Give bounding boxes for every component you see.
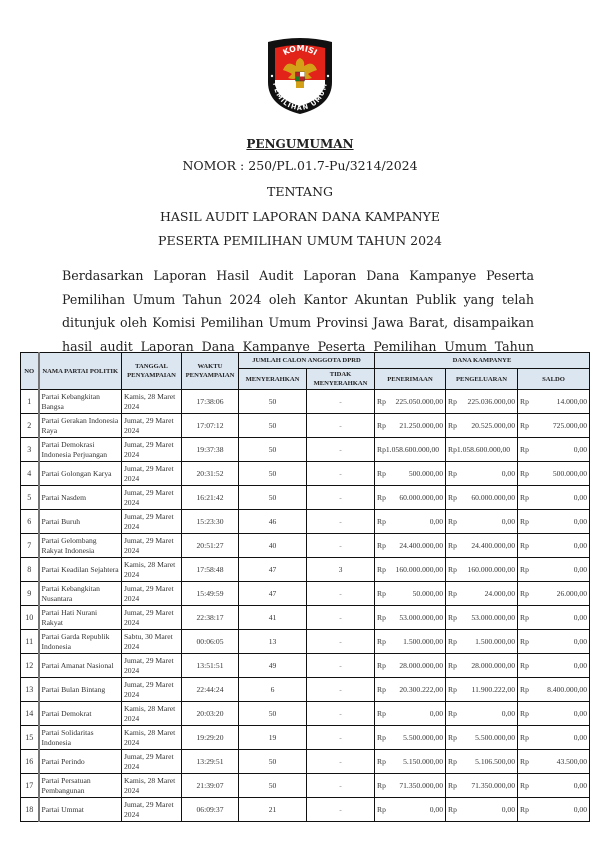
currency-label: Rp [377,517,386,527]
party-name: Partai Solidaritas Indonesia [39,726,122,750]
row-number: 14 [21,702,39,726]
amount-income: Rp21.250.000,00 [375,414,446,438]
header-balance: SALDO [518,369,590,390]
amount-balance: Rp0,00 [518,510,590,534]
amount-value: 0,00 [502,709,515,719]
amount-income: Rp20.300.222,00 [375,678,446,702]
candidates-not-submitted: - [307,486,375,510]
currency-label: Rp [520,493,529,503]
currency-label: Rp [448,589,457,599]
table-row: 9Partai Kebangkitan NusantaraJumat, 29 M… [21,582,590,606]
candidates-submitted: 50 [239,462,307,486]
currency-label: Rp [377,781,386,791]
currency-label: Rp [377,613,386,623]
header-expense: PENGELUARAN [446,369,518,390]
row-number: 18 [21,798,39,822]
candidates-not-submitted: 3 [307,558,375,582]
amount-balance: Rp500.000,00 [518,462,590,486]
party-name: Partai Perindo [39,750,122,774]
candidates-not-submitted: - [307,726,375,750]
row-number: 8 [21,558,39,582]
candidates-submitted: 47 [239,558,307,582]
candidates-not-submitted: - [307,462,375,486]
currency-label: Rp [448,805,457,815]
submission-date: Jumat, 29 Maret 2024 [122,462,182,486]
amount-balance: Rp8.400.000,00 [518,678,590,702]
party-name: Partai Buruh [39,510,122,534]
amount-income: Rp225.050.000,00 [375,390,446,414]
currency-label: Rp [448,565,457,575]
header-funds-group: DANA KAMPANYE [375,353,590,369]
currency-label: Rp [377,757,386,767]
row-number: 5 [21,486,39,510]
candidates-submitted: 47 [239,582,307,606]
amount-value: 5.106.500,00 [475,757,515,767]
amount-income: Rp24.400.000,00 [375,534,446,558]
currency-label: Rp [377,445,386,455]
amount-value: 0,00 [430,709,443,719]
currency-label: Rp [448,517,457,527]
currency-label: Rp [520,805,529,815]
currency-label: Rp [448,493,457,503]
currency-label: Rp [377,421,386,431]
table-row: 3Partai Demokrasi Indonesia PerjuanganJu… [21,438,590,462]
table-row: 4Partai Golongan KaryaJumat, 29 Maret 20… [21,462,590,486]
candidates-submitted: 13 [239,630,307,654]
currency-label: Rp [448,541,457,551]
currency-label: Rp [377,493,386,503]
amount-expense: Rp0,00 [446,798,518,822]
submission-time: 13:51:51 [182,654,239,678]
party-name: Partai Persatuan Pembangunan [39,774,122,798]
amount-value: 14.000,00 [557,397,587,407]
table-row: 8Partai Keadilan SejahteraKamis, 28 Mare… [21,558,590,582]
header-candidates-group: JUMLAH CALON ANGGOTA DPRD [239,353,375,369]
submission-date: Jumat, 29 Maret 2024 [122,438,182,462]
currency-label: Rp [520,685,529,695]
currency-label: Rp [520,565,529,575]
amount-balance: Rp26.000,00 [518,582,590,606]
table-row: 10Partai Hati Nurani RakyatJumat, 29 Mar… [21,606,590,630]
submission-time: 22:38:17 [182,606,239,630]
amount-income: Rp5.500.000,00 [375,726,446,750]
currency-label: Rp [520,517,529,527]
submission-time: 16:21:42 [182,486,239,510]
announcement-title: PENGUMUMAN [0,137,600,151]
amount-income: Rp71.350.000,00 [375,774,446,798]
currency-label: Rp [448,709,457,719]
submission-date: Jumat, 29 Maret 2024 [122,582,182,606]
amount-value: 28.000.000,00 [399,661,443,671]
header-income: PENERIMAAN [375,369,446,390]
amount-value: 24.000,00 [485,589,515,599]
currency-label: Rp [520,661,529,671]
table-row: 6Partai BuruhJumat, 29 Maret 202415:23:3… [21,510,590,534]
submission-date: Kamis, 28 Maret 2024 [122,774,182,798]
amount-expense: Rp0,00 [446,702,518,726]
amount-value: 0,00 [574,445,587,455]
candidates-submitted: 50 [239,390,307,414]
currency-label: Rp [448,661,457,671]
amount-value: 0,00 [430,805,443,815]
table-row: 7Partai Gelombang Rakyat IndonesiaJumat,… [21,534,590,558]
amount-value: 0,00 [574,541,587,551]
party-name: Partai Nasdem [39,486,122,510]
currency-label: Rp [520,469,529,479]
candidates-submitted: 19 [239,726,307,750]
submission-time: 21:39:07 [182,774,239,798]
amount-value: 1.058.600.000,00 [386,445,439,455]
currency-label: Rp [377,469,386,479]
currency-label: Rp [377,541,386,551]
amount-balance: Rp0,00 [518,438,590,462]
amount-value: 71.350.000,00 [399,781,443,791]
amount-expense: Rp28.000.000,00 [446,654,518,678]
submission-time: 20:03:20 [182,702,239,726]
currency-label: Rp [520,709,529,719]
party-name: Partai Golongan Karya [39,462,122,486]
candidates-submitted: 50 [239,750,307,774]
row-number: 12 [21,654,39,678]
row-number: 13 [21,678,39,702]
submission-date: Jumat, 29 Maret 2024 [122,678,182,702]
submission-time: 13:29:51 [182,750,239,774]
candidates-not-submitted: - [307,702,375,726]
header-not-submitted: TIDAK MENYERAHKAN [307,369,375,390]
amount-value: 60.000.000,00 [399,493,443,503]
submission-time: 15:23:30 [182,510,239,534]
submission-date: Jumat, 29 Maret 2024 [122,606,182,630]
submission-date: Jumat, 29 Maret 2024 [122,654,182,678]
candidates-submitted: 40 [239,534,307,558]
currency-label: Rp [377,685,386,695]
party-name: Partai Gelombang Rakyat Indonesia [39,534,122,558]
amount-value: 1.058.600.000,00 [457,445,510,455]
amount-value: 20.525.000,00 [471,421,515,431]
candidates-not-submitted: - [307,438,375,462]
currency-label: Rp [448,421,457,431]
amount-balance: Rp0,00 [518,702,590,726]
amount-income: Rp53.000.000,00 [375,606,446,630]
announcement-subject-line2: PESERTA PEMILIHAN UMUM TAHUN 2024 [0,233,600,248]
table-row: 16Partai PerindoJumat, 29 Maret 202413:2… [21,750,590,774]
amount-value: 0,00 [430,517,443,527]
amount-value: 43.500,00 [557,757,587,767]
currency-label: Rp [377,637,386,647]
amount-value: 0,00 [574,781,587,791]
amount-income: Rp28.000.000,00 [375,654,446,678]
amount-value: 500.000,00 [553,469,587,479]
table-row: 12Partai Amanat NasionalJumat, 29 Maret … [21,654,590,678]
amount-balance: Rp43.500,00 [518,750,590,774]
amount-value: 20.300.222,00 [399,685,443,695]
candidates-not-submitted: - [307,750,375,774]
table-row: 17Partai Persatuan PembangunanKamis, 28 … [21,774,590,798]
row-number: 9 [21,582,39,606]
candidates-not-submitted: - [307,582,375,606]
candidates-not-submitted: - [307,510,375,534]
currency-label: Rp [377,397,386,407]
amount-value: 21.250.000,00 [399,421,443,431]
amount-balance: Rp0,00 [518,534,590,558]
amount-expense: Rp0,00 [446,510,518,534]
announcement-about: TENTANG [0,184,600,199]
party-name: Partai Kebangkitan Bangsa [39,390,122,414]
candidates-submitted: 50 [239,774,307,798]
amount-balance: Rp0,00 [518,774,590,798]
submission-time: 17:58:48 [182,558,239,582]
candidates-not-submitted: - [307,414,375,438]
currency-label: Rp [520,397,529,407]
header-party: NAMA PARTAI POLITIK [39,353,122,390]
amount-value: 26.000,00 [557,589,587,599]
party-name: Partai Bulan Bintang [39,678,122,702]
amount-value: 225.036.000,00 [468,397,515,407]
submission-date: Jumat, 29 Maret 2024 [122,486,182,510]
candidates-submitted: 49 [239,654,307,678]
submission-date: Kamis, 28 Maret 2024 [122,702,182,726]
amount-value: 5.150.000,00 [403,757,443,767]
row-number: 17 [21,774,39,798]
submission-time: 22:44:24 [182,678,239,702]
candidates-submitted: 50 [239,414,307,438]
amount-value: 225.050.000,00 [396,397,443,407]
amount-value: 500.000,00 [409,469,443,479]
announcement-number: NOMOR : 250/PL.01.7-Pu/3214/2024 [0,158,600,173]
table-row: 18Partai UmmatJumat, 29 Maret 202406:09:… [21,798,590,822]
currency-label: Rp [377,661,386,671]
amount-value: 71.350.000,00 [471,781,515,791]
currency-label: Rp [448,613,457,623]
submission-time: 17:07:12 [182,414,239,438]
amount-expense: Rp5.500.000,00 [446,726,518,750]
amount-expense: Rp5.106.500,00 [446,750,518,774]
header-date: TANGGAL PENYAMPAIAN [122,353,182,390]
submission-date: Jumat, 29 Maret 2024 [122,798,182,822]
amount-value: 5.500.000,00 [403,733,443,743]
candidates-submitted: 6 [239,678,307,702]
submission-time: 19:29:20 [182,726,239,750]
header-time: WAKTU PENYAMPAIAN [182,353,239,390]
currency-label: Rp [448,733,457,743]
submission-time: 00:06:05 [182,630,239,654]
currency-label: Rp [520,613,529,623]
amount-value: 0,00 [574,493,587,503]
amount-value: 0,00 [574,637,587,647]
row-number: 10 [21,606,39,630]
submission-time: 20:31:52 [182,462,239,486]
party-name: Partai Demokrasi Indonesia Perjuangan [39,438,122,462]
currency-label: Rp [520,733,529,743]
amount-value: 24.400.000,00 [471,541,515,551]
row-number: 11 [21,630,39,654]
amount-balance: Rp0,00 [518,630,590,654]
submission-date: Jumat, 29 Maret 2024 [122,534,182,558]
currency-label: Rp [520,589,529,599]
candidates-not-submitted: - [307,606,375,630]
amount-balance: Rp0,00 [518,798,590,822]
table-row: 11Partai Garda Republik IndonesiaSabtu, … [21,630,590,654]
currency-label: Rp [377,805,386,815]
audit-results-table: NO NAMA PARTAI POLITIK TANGGAL PENYAMPAI… [20,352,590,822]
party-name: Partai Ummat [39,798,122,822]
row-number: 1 [21,390,39,414]
amount-value: 53.000.000,00 [399,613,443,623]
currency-label: Rp [448,637,457,647]
currency-label: Rp [448,757,457,767]
currency-label: Rp [448,685,457,695]
candidates-not-submitted: - [307,390,375,414]
announcement-subject-line1: HASIL AUDIT LAPORAN DANA KAMPANYE [0,209,600,224]
currency-label: Rp [377,589,386,599]
amount-value: 0,00 [574,709,587,719]
party-name: Partai Demokrat [39,702,122,726]
table-row: 14Partai DemokratKamis, 28 Maret 202420:… [21,702,590,726]
submission-date: Jumat, 29 Maret 2024 [122,414,182,438]
amount-value: 0,00 [574,613,587,623]
amount-expense: Rp20.525.000,00 [446,414,518,438]
currency-label: Rp [448,781,457,791]
amount-value: 11.900.222,00 [472,685,515,695]
amount-value: 24.400.000,00 [399,541,443,551]
submission-date: Sabtu, 30 Maret 2024 [122,630,182,654]
party-name: Partai Keadilan Sejahtera [39,558,122,582]
currency-label: Rp [448,469,457,479]
amount-income: Rp1.058.600.000,00 [375,438,446,462]
party-name: Partai Garda Republik Indonesia [39,630,122,654]
party-name: Partai Kebangkitan Nusantara [39,582,122,606]
submission-time: 06:09:37 [182,798,239,822]
amount-balance: Rp725.000,00 [518,414,590,438]
amount-value: 0,00 [574,733,587,743]
table-row: 13Partai Bulan BintangJumat, 29 Maret 20… [21,678,590,702]
header-submitted: MENYERAHKAN [239,369,307,390]
amount-value: 1.500.000,00 [475,637,515,647]
amount-expense: Rp160.000.000,00 [446,558,518,582]
amount-value: 0,00 [574,661,587,671]
kpu-logo: KOMISI PEMILIHAN UMUM [262,36,338,116]
table-row: 15Partai Solidaritas IndonesiaKamis, 28 … [21,726,590,750]
currency-label: Rp [448,445,457,455]
candidates-submitted: 50 [239,438,307,462]
amount-balance: Rp0,00 [518,486,590,510]
amount-value: 60.000.000,00 [471,493,515,503]
amount-value: 160.000.000,00 [468,565,515,575]
amount-expense: Rp71.350.000,00 [446,774,518,798]
currency-label: Rp [377,733,386,743]
amount-expense: Rp1.058.600.000,00 [446,438,518,462]
candidates-not-submitted: - [307,534,375,558]
amount-income: Rp160.000.000,00 [375,558,446,582]
amount-expense: Rp1.500.000,00 [446,630,518,654]
amount-value: 0,00 [502,805,515,815]
row-number: 4 [21,462,39,486]
amount-value: 53.000.000,00 [471,613,515,623]
header-no: NO [21,353,39,390]
amount-income: Rp0,00 [375,702,446,726]
submission-time: 17:38:06 [182,390,239,414]
amount-balance: Rp14.000,00 [518,390,590,414]
table-row: 5Partai NasdemJumat, 29 Maret 202416:21:… [21,486,590,510]
candidates-not-submitted: - [307,798,375,822]
submission-time: 15:49:59 [182,582,239,606]
party-name: Partai Amanat Nasional [39,654,122,678]
currency-label: Rp [520,421,529,431]
amount-expense: Rp53.000.000,00 [446,606,518,630]
currency-label: Rp [520,757,529,767]
submission-date: Jumat, 29 Maret 2024 [122,510,182,534]
amount-value: 725.000,00 [553,421,587,431]
currency-label: Rp [377,709,386,719]
amount-income: Rp60.000.000,00 [375,486,446,510]
party-name: Partai Hati Nurani Rakyat [39,606,122,630]
amount-expense: Rp60.000.000,00 [446,486,518,510]
party-name: Partai Gerakan Indonesia Raya [39,414,122,438]
currency-label: Rp [520,541,529,551]
row-number: 6 [21,510,39,534]
candidates-submitted: 41 [239,606,307,630]
amount-value: 50.000,00 [413,589,443,599]
submission-date: Jumat, 29 Maret 2024 [122,750,182,774]
candidates-not-submitted: - [307,678,375,702]
amount-income: Rp0,00 [375,798,446,822]
amount-value: 0,00 [502,469,515,479]
candidates-submitted: 21 [239,798,307,822]
currency-label: Rp [520,637,529,647]
row-number: 3 [21,438,39,462]
amount-value: 0,00 [574,565,587,575]
amount-value: 0,00 [574,517,587,527]
amount-balance: Rp0,00 [518,654,590,678]
candidates-not-submitted: - [307,654,375,678]
submission-time: 20:51:27 [182,534,239,558]
submission-date: Kamis, 28 Maret 2024 [122,390,182,414]
candidates-not-submitted: - [307,774,375,798]
candidates-submitted: 50 [239,702,307,726]
amount-income: Rp1.500.000,00 [375,630,446,654]
row-number: 2 [21,414,39,438]
amount-expense: Rp24.000,00 [446,582,518,606]
amount-income: Rp500.000,00 [375,462,446,486]
submission-date: Kamis, 28 Maret 2024 [122,558,182,582]
row-number: 7 [21,534,39,558]
candidates-submitted: 46 [239,510,307,534]
amount-value: 5.500.000,00 [475,733,515,743]
amount-income: Rp0,00 [375,510,446,534]
currency-label: Rp [520,445,529,455]
amount-expense: Rp225.036.000,00 [446,390,518,414]
table-row: 2Partai Gerakan Indonesia RayaJumat, 29 … [21,414,590,438]
amount-balance: Rp0,00 [518,606,590,630]
candidates-not-submitted: - [307,630,375,654]
amount-income: Rp5.150.000,00 [375,750,446,774]
submission-date: Kamis, 28 Maret 2024 [122,726,182,750]
amount-value: 1.500.000,00 [403,637,443,647]
amount-value: 0,00 [574,805,587,815]
row-number: 15 [21,726,39,750]
table-row: 1Partai Kebangkitan BangsaKamis, 28 Mare… [21,390,590,414]
amount-value: 8.400.000,00 [547,685,587,695]
amount-expense: Rp24.400.000,00 [446,534,518,558]
amount-value: 160.000.000,00 [396,565,443,575]
submission-time: 19:37:38 [182,438,239,462]
candidates-submitted: 50 [239,486,307,510]
row-number: 16 [21,750,39,774]
amount-value: 0,00 [502,517,515,527]
amount-income: Rp50.000,00 [375,582,446,606]
amount-expense: Rp11.900.222,00 [446,678,518,702]
amount-expense: Rp0,00 [446,462,518,486]
